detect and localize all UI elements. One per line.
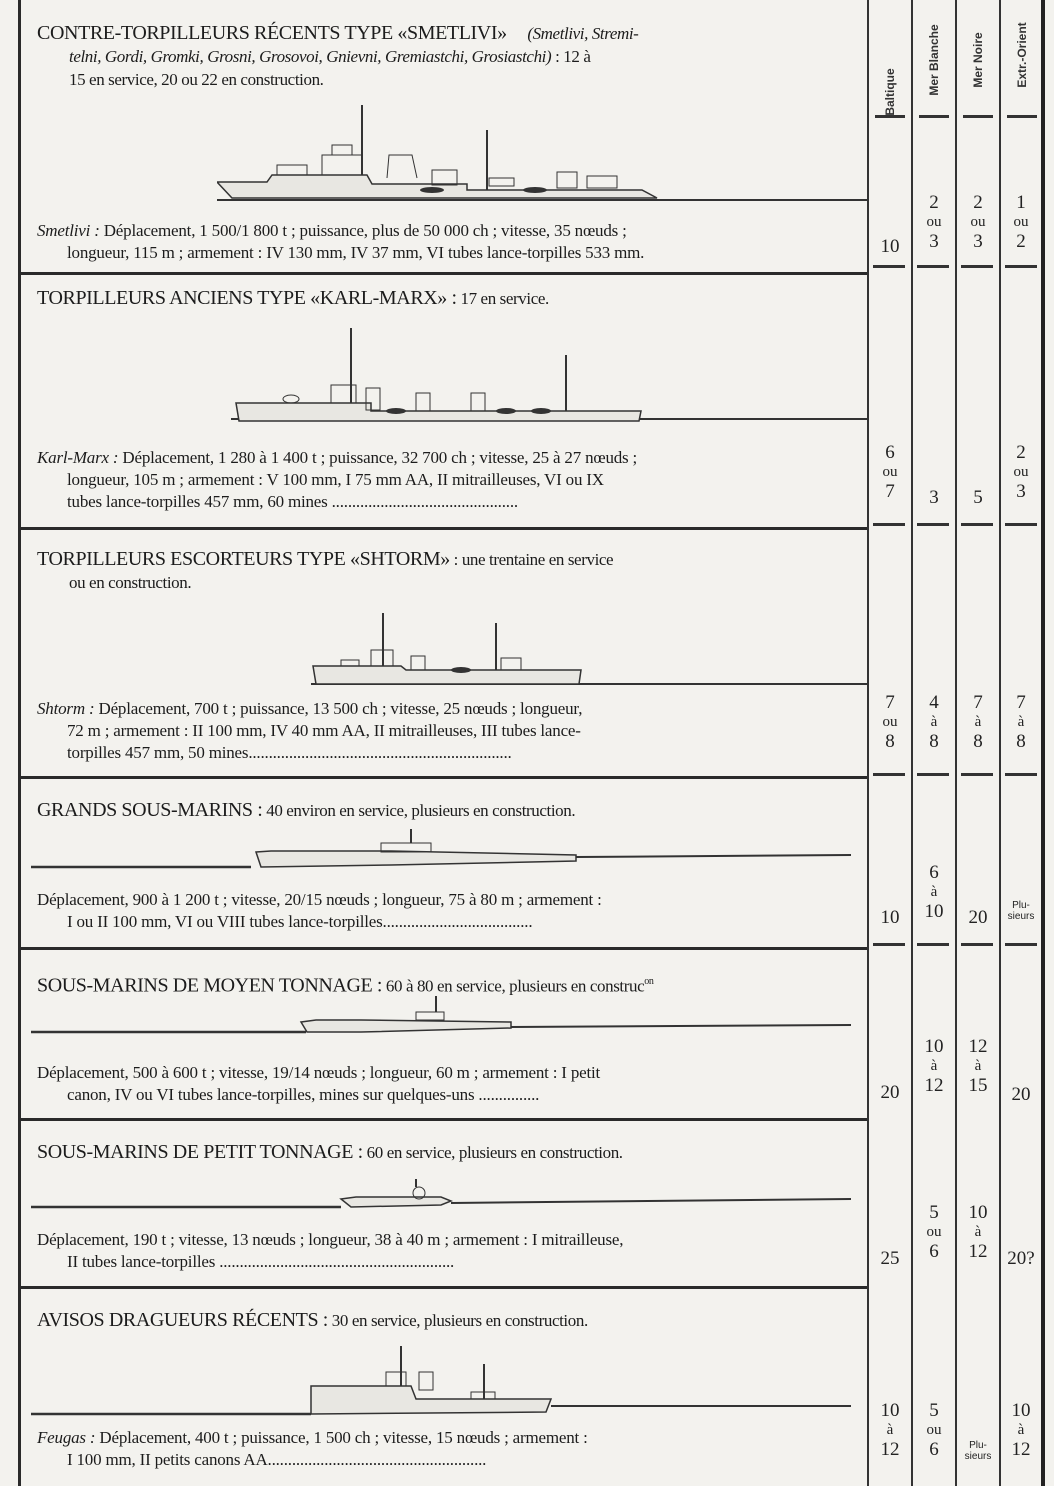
row-desc: Déplacement, 900 à 1 200 t ; vitesse, 20… (37, 890, 602, 909)
value-mer-blanche: 3 (913, 487, 955, 509)
value-extr-orient: 2ou3 (1001, 442, 1041, 503)
ship-name: Feugas : (37, 1428, 95, 1447)
value-mer-noire: 12à15 (957, 1036, 999, 1097)
column-label: Mer Noire (971, 32, 985, 87)
row-title-note: 17 en service. (457, 289, 549, 308)
row-title-cont: ou en construction. (37, 571, 859, 594)
column-label: Mer Blanche (927, 24, 941, 95)
value-baltique: 25 (869, 1248, 911, 1270)
value-baltique: 20 (869, 1082, 911, 1104)
value-baltique: 6ou7 (869, 442, 911, 503)
value-mer-noire: 5 (957, 487, 999, 509)
column-label: Extr.-Orient (1015, 22, 1029, 87)
value-mer-noire: 7à8 (957, 692, 999, 753)
row-grands-sous-marins: GRANDS SOUS-MARINS : 40 environ en servi… (21, 779, 867, 950)
row-title-note: 30 en service, plusieurs en construction… (328, 1311, 588, 1330)
row-title: TORPILLEURS ESCORTEURS TYPE «SHTORM» (37, 548, 450, 570)
row-title-count: : 12 à (551, 47, 590, 66)
row-smetlivi: CONTRE-TORPILLEURS RÉCENTS TYPE «SMETLIV… (21, 0, 867, 275)
column-underline (919, 115, 949, 118)
row-title-sup: on (644, 976, 653, 987)
row-desc: Déplacement, 400 t ; puissance, 1 500 ch… (95, 1428, 587, 1447)
row-desc: I ou II 100 mm, VI ou VIII tubes lance-t… (37, 911, 857, 933)
row-desc: II tubes lance-torpilles ...............… (37, 1251, 857, 1273)
row-title-cont: 15 en service, 20 ou 22 en construction. (37, 68, 859, 91)
row-moyen-tonnage: SOUS-MARINS DE MOYEN TONNAGE : 60 à 80 e… (21, 950, 867, 1121)
destroyer-silhouette-icon (217, 100, 867, 210)
value-mer-noire: 2ou3 (957, 192, 999, 253)
row-title-note: : une trentaine en service (450, 550, 613, 569)
value-mer-blanche: 4à8 (913, 692, 955, 753)
row-title: TORPILLEURS ANCIENS TYPE «KARL-MARX» : (37, 287, 457, 309)
value-extr-orient: 10à12 (1001, 1400, 1041, 1461)
column-header-extr-orient: Extr.-Orient (999, 0, 1043, 150)
minesweeper-silhouette-icon (31, 1344, 857, 1419)
value-mer-blanche: 5ou6 (913, 1202, 955, 1263)
row-desc: longueur, 115 m ; armement : IV 130 mm, … (37, 242, 857, 264)
value-mer-blanche: 5ou6 (913, 1400, 955, 1461)
row-desc: longueur, 105 m ; armement : V 100 mm, I… (37, 469, 857, 491)
column-header-mer-noire: Mer Noire (955, 0, 999, 150)
row-desc: tubes lance-torpilles 457 mm, 60 mines .… (37, 491, 857, 513)
value-mer-blanche: 6à10 (913, 862, 955, 923)
row-desc: canon, IV ou VI tubes lance-torpilles, m… (37, 1084, 857, 1106)
row-title: GRANDS SOUS-MARINS : (37, 799, 262, 821)
row-desc: Déplacement, 1 500/1 800 t ; puissance, … (100, 221, 627, 240)
small-submarine-silhouette-icon (31, 1171, 857, 1211)
value-baltique: 10 (869, 907, 911, 929)
column-header-baltique: Baltique (867, 0, 911, 150)
column-header-mer-blanche: Mer Blanche (911, 0, 955, 150)
row-petit-tonnage: SOUS-MARINS DE PETIT TONNAGE : 60 en ser… (21, 1121, 867, 1289)
row-title: CONTRE-TORPILLEURS RÉCENTS TYPE «SMETLIV… (37, 22, 507, 44)
value-extr-orient: 7à8 (1001, 692, 1041, 753)
row-desc: Déplacement, 500 à 600 t ; vitesse, 19/1… (37, 1063, 600, 1082)
value-mer-noire: 20 (957, 907, 999, 929)
value-mer-blanche: 10à12 (913, 1036, 955, 1097)
ship-name: Smetlivi : (37, 221, 100, 240)
row-title-note: (Smetlivi, Stremi- (527, 24, 638, 43)
ship-names: telni, Gordi, Gromki, Grosni, Grosovoi, … (69, 47, 551, 66)
value-mer-noire: Plu-sieurs (957, 1440, 999, 1462)
row-avisos-dragueurs: AVISOS DRAGUEURS RÉCENTS : 30 en service… (21, 1289, 867, 1486)
column-underline (963, 115, 993, 118)
row-title-note: 40 environ en service, plusieurs en cons… (262, 801, 575, 820)
torpedo-boat-silhouette-icon (231, 323, 867, 423)
escort-silhouette-icon (311, 608, 867, 688)
ship-name: Karl-Marx : (37, 448, 118, 467)
row-title: SOUS-MARINS DE PETIT TONNAGE : (37, 1141, 363, 1163)
value-mer-blanche: 2ou3 (913, 192, 955, 253)
table-right-border (1041, 0, 1045, 1486)
row-desc: torpilles 457 mm, 50 mines..............… (37, 742, 857, 764)
row-desc: 72 m ; armement : II 100 mm, IV 40 mm AA… (37, 720, 857, 742)
column-label: Baltique (883, 68, 897, 115)
medium-submarine-silhouette-icon (31, 992, 857, 1037)
value-extr-orient: 20? (1001, 1248, 1041, 1270)
row-karl-marx: TORPILLEURS ANCIENS TYPE «KARL-MARX» : 1… (21, 275, 867, 530)
row-desc: I 100 mm, II petits canons AA...........… (37, 1449, 857, 1471)
ship-name: Shtorm : (37, 699, 94, 718)
row-title-note: 60 en service, plusieurs en construction… (363, 1143, 623, 1162)
value-extr-orient: 20 (1001, 1084, 1041, 1106)
value-baltique: 10 (869, 236, 911, 258)
row-title: AVISOS DRAGUEURS RÉCENTS : (37, 1309, 328, 1331)
row-desc: Déplacement, 700 t ; puissance, 13 500 c… (94, 699, 582, 718)
value-extr-orient: Plu-sieurs (1001, 900, 1041, 922)
value-extr-orient: 1ou2 (1001, 192, 1041, 253)
row-shtorm: TORPILLEURS ESCORTEURS TYPE «SHTORM» : u… (21, 530, 867, 779)
fleet-table: Baltique Mer Blanche Mer Noire Extr.-Ori… (18, 0, 1051, 1486)
column-underline (1007, 115, 1037, 118)
value-baltique: 10à12 (869, 1400, 911, 1461)
row-desc: Déplacement, 1 280 à 1 400 t ; puissance… (118, 448, 637, 467)
row-desc: Déplacement, 190 t ; vitesse, 13 nœuds ;… (37, 1230, 623, 1249)
value-baltique: 7ou8 (869, 692, 911, 753)
large-submarine-silhouette-icon (31, 827, 857, 872)
column-underline (875, 115, 905, 118)
value-mer-noire: 10à12 (957, 1202, 999, 1263)
